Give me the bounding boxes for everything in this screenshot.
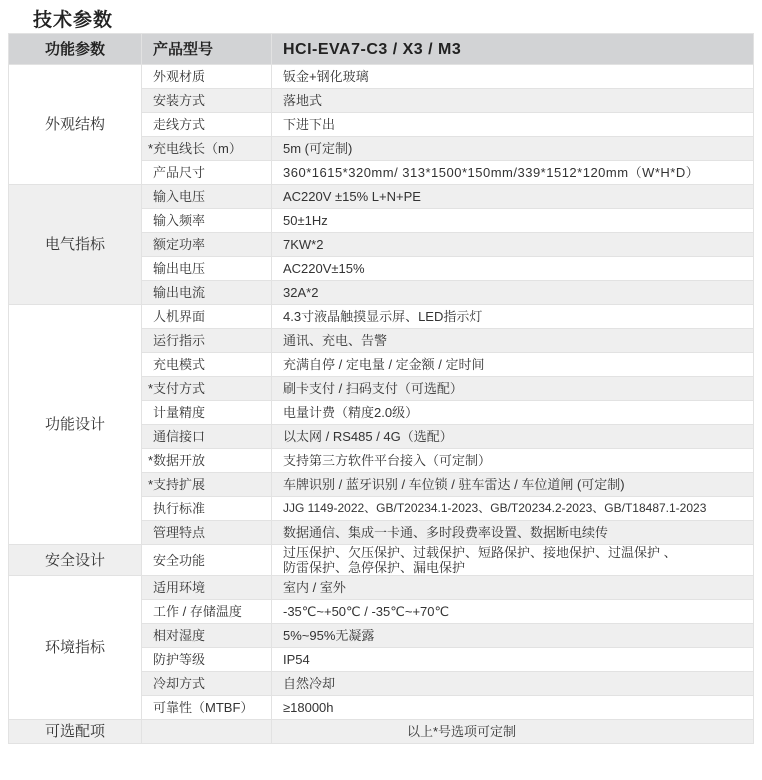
table-row: 可选配项 以上*号选项可定制 <box>9 720 754 744</box>
table-row: 安全设计 安全功能 过压保护、欠压保护、过载保护、短路保护、接地保护、过温保护 … <box>9 545 754 576</box>
row-label: 充电模式 <box>142 353 272 377</box>
row-label: 可靠性（MTBF） <box>142 696 272 720</box>
page-title: 技术参数 <box>33 5 113 32</box>
row-value: 32A*2 <box>272 281 754 305</box>
table-row: 电气指标 输入电压 AC220V ±15% L+N+PE <box>9 185 754 209</box>
row-value: 车牌识别 / 蓝牙识别 / 车位锁 / 驻车雷达 / 车位道闸 (可定制) <box>272 473 754 497</box>
row-value: AC220V±15% <box>272 257 754 281</box>
spec-table: 功能参数 产品型号 HCI-EVA7-C3 / X3 / M3 外观结构 外观材… <box>8 33 754 744</box>
row-label: 工作 / 存储温度 <box>142 600 272 624</box>
row-label: *支持扩展 <box>142 473 272 497</box>
row-value: JJG 1149-2022、GB/T20234.1-2023、GB/T20234… <box>272 497 754 521</box>
table-row: 外观结构 外观材质 钣金+钢化玻璃 <box>9 65 754 89</box>
row-label: 安全功能 <box>142 545 272 576</box>
row-value: 过压保护、欠压保护、过载保护、短路保护、接地保护、过温保护 、 防雷保护、急停保… <box>272 545 754 576</box>
row-value: 刷卡支付 / 扫码支付（可选配） <box>272 377 754 401</box>
row-label: 适用环境 <box>142 576 272 600</box>
row-label: 额定功率 <box>142 233 272 257</box>
row-label: 输入电压 <box>142 185 272 209</box>
row-value: 4.3寸液晶触摸显示屏、LED指示灯 <box>272 305 754 329</box>
row-label: 防护等级 <box>142 648 272 672</box>
optional-empty-cell <box>142 720 272 744</box>
row-value: 落地式 <box>272 89 754 113</box>
row-label: 安装方式 <box>142 89 272 113</box>
row-value: -35℃~+50℃ / -35℃~+70℃ <box>272 600 754 624</box>
row-label: *支付方式 <box>142 377 272 401</box>
safety-line-2: 防雷保护、急停保护、漏电保护 <box>283 560 753 575</box>
row-value: 5m (可定制) <box>272 137 754 161</box>
row-value: ≥18000h <box>272 696 754 720</box>
optional-note: 以上*号选项可定制 <box>272 720 754 744</box>
row-value: 通讯、充电、告警 <box>272 329 754 353</box>
row-label: *充电线长（m） <box>142 137 272 161</box>
row-value: AC220V ±15% L+N+PE <box>272 185 754 209</box>
row-label: 执行标准 <box>142 497 272 521</box>
row-value: 室内 / 室外 <box>272 576 754 600</box>
group-safety-design: 安全设计 <box>9 545 142 576</box>
row-value: 7KW*2 <box>272 233 754 257</box>
row-value: 下进下出 <box>272 113 754 137</box>
header-product-model: 产品型号 <box>142 34 272 65</box>
row-value: IP54 <box>272 648 754 672</box>
row-label: 管理特点 <box>142 521 272 545</box>
header-model-number: HCI-EVA7-C3 / X3 / M3 <box>272 34 754 65</box>
header-function-params: 功能参数 <box>9 34 142 65</box>
row-label: 相对湿度 <box>142 624 272 648</box>
row-label: 人机界面 <box>142 305 272 329</box>
row-value: 充满自停 / 定电量 / 定金额 / 定时间 <box>272 353 754 377</box>
row-label: 运行指示 <box>142 329 272 353</box>
row-label: 外观材质 <box>142 65 272 89</box>
row-label: 输入频率 <box>142 209 272 233</box>
row-value: 数据通信、集成一卡通、多时段费率设置、数据断电续传 <box>272 521 754 545</box>
row-value: 以太网 / RS485 / 4G（选配） <box>272 425 754 449</box>
row-value: 钣金+钢化玻璃 <box>272 65 754 89</box>
row-label: 输出电压 <box>142 257 272 281</box>
row-label: 输出电流 <box>142 281 272 305</box>
table-header-row: 功能参数 产品型号 HCI-EVA7-C3 / X3 / M3 <box>9 34 754 65</box>
row-label: 冷却方式 <box>142 672 272 696</box>
group-function-design: 功能设计 <box>9 305 142 545</box>
table-row: 环境指标 适用环境 室内 / 室外 <box>9 576 754 600</box>
group-appearance: 外观结构 <box>9 65 142 185</box>
row-value: 自然冷却 <box>272 672 754 696</box>
group-optional: 可选配项 <box>9 720 142 744</box>
row-value: 支持第三方软件平台接入（可定制） <box>272 449 754 473</box>
row-label: 计量精度 <box>142 401 272 425</box>
safety-line-1: 过压保护、欠压保护、过载保护、短路保护、接地保护、过温保护 、 <box>283 545 753 560</box>
row-value: 5%~95%无凝露 <box>272 624 754 648</box>
group-electrical: 电气指标 <box>9 185 142 305</box>
row-label: 产品尺寸 <box>142 161 272 185</box>
row-label: *数据开放 <box>142 449 272 473</box>
row-label: 通信接口 <box>142 425 272 449</box>
group-environment: 环境指标 <box>9 576 142 720</box>
row-value: 50±1Hz <box>272 209 754 233</box>
row-label: 走线方式 <box>142 113 272 137</box>
row-value: 360*1615*320mm/ 313*1500*150mm/339*1512*… <box>272 161 754 185</box>
table-row: 功能设计 人机界面 4.3寸液晶触摸显示屏、LED指示灯 <box>9 305 754 329</box>
row-value: 电量计费（精度2.0级） <box>272 401 754 425</box>
